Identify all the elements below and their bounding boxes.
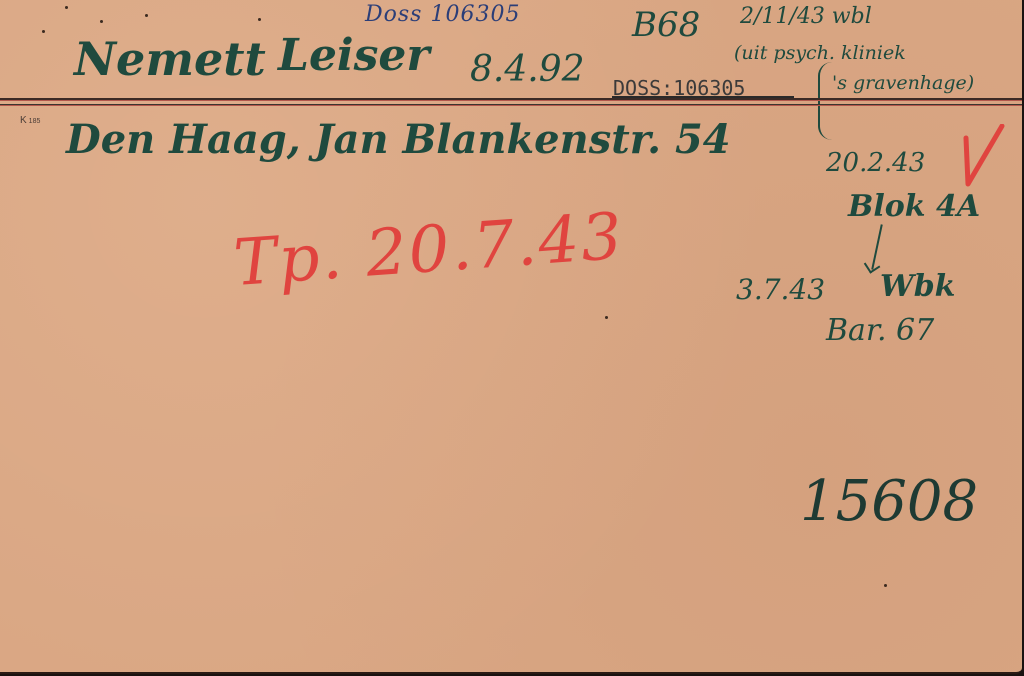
ink-speck xyxy=(145,14,148,17)
index-card: Doss 106305 Nemett Leiser 8.4.92 DOSS:10… xyxy=(0,0,1022,674)
note-psych-clinic: (uit psych. kliniek xyxy=(734,44,906,63)
transfer-date: Tp. 20.7.43 xyxy=(232,205,626,296)
ruled-line xyxy=(0,105,1022,106)
movement-location-2: Wbk xyxy=(880,272,955,302)
birth-date: 8.4.92 xyxy=(470,52,585,88)
red-check-icon xyxy=(960,124,1006,188)
block-code: B68 xyxy=(632,8,700,42)
ink-speck xyxy=(605,316,608,319)
address: Den Haag, Jan Blankenstr. 54 xyxy=(66,120,731,160)
movement-date-2: 3.7.43 xyxy=(736,276,825,304)
movement-barrack: Bar. 67 xyxy=(826,316,934,346)
ink-speck xyxy=(42,30,45,33)
ink-speck xyxy=(884,584,887,587)
form-number: 185 xyxy=(29,118,41,125)
ruled-line xyxy=(0,100,1022,101)
given-name: Leiser xyxy=(278,34,430,78)
bracket-mark xyxy=(818,62,836,140)
note-the-hague: 's gravenhage) xyxy=(832,74,974,93)
ink-speck xyxy=(65,6,68,9)
card-number: 15608 xyxy=(800,474,978,530)
ink-speck xyxy=(100,20,103,23)
form-letter: K xyxy=(20,115,27,126)
dossier-pencil-note: Doss 106305 xyxy=(365,4,520,26)
arrow-down-icon xyxy=(871,224,883,269)
form-code: K185 xyxy=(20,115,40,126)
ink-speck xyxy=(258,18,261,21)
movement-date-1: 20.2.43 xyxy=(826,150,925,176)
movement-location-1: Blok 4A xyxy=(848,192,980,222)
note-date-wbl: 2/11/43 wbl xyxy=(740,6,872,28)
surname: Nemett xyxy=(74,36,266,82)
